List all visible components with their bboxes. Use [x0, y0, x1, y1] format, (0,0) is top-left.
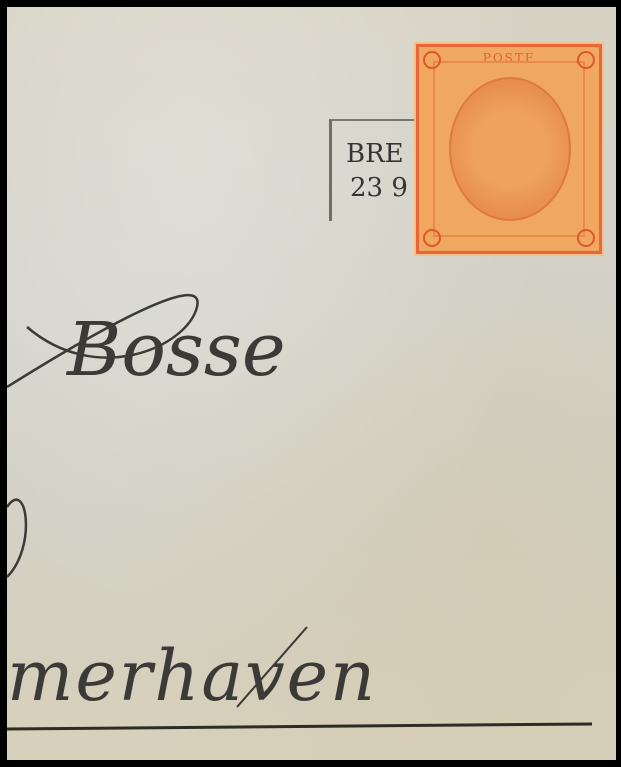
- handwritten-name: Bosse: [67, 307, 286, 393]
- handwritten-city: merhaven: [7, 635, 377, 717]
- image-frame: BRE 23 9 POSTF Bosse merhaven: [0, 0, 621, 767]
- letter-paper: BRE 23 9 POSTF Bosse merhaven: [7, 7, 616, 760]
